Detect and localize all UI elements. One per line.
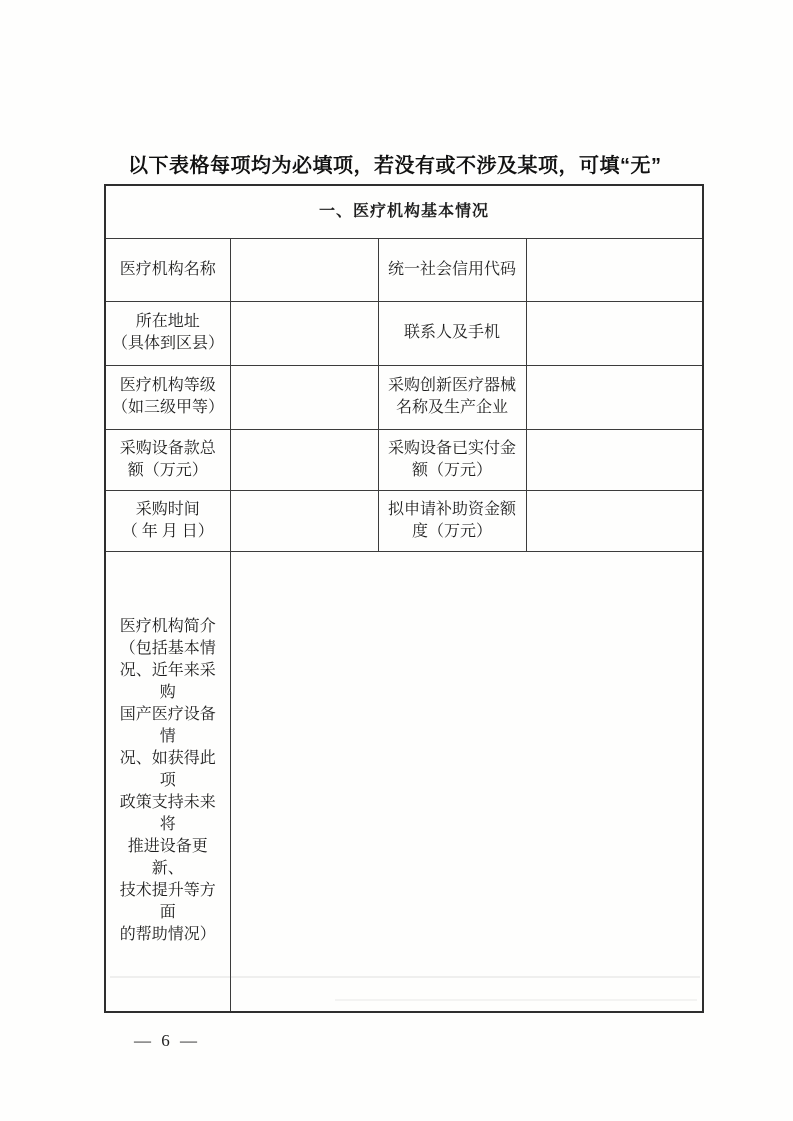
table-row: 采购时间 （ 年 月 日） 拟申请补助资金额 度（万元） <box>105 490 703 551</box>
field-value-institution-name <box>230 238 378 301</box>
scanned-form-page: 以下表格每项均为必填项，若没有或不涉及某项，可填“无” 一、医疗机构基本情况 医… <box>0 0 793 1121</box>
field-label-paid-amount: 采购设备已实付金 额（万元） <box>378 429 526 490</box>
field-value-total-amount <box>230 429 378 490</box>
table-row: 医疗机构名称 统一社会信用代码 <box>105 238 703 301</box>
field-label-total-amount: 采购设备款总 额（万元） <box>105 429 230 490</box>
field-label-subsidy-amount: 拟申请补助资金额 度（万元） <box>378 490 526 551</box>
field-value-institution-intro <box>230 551 703 1012</box>
page-number: — 6 — <box>134 1031 200 1051</box>
section-header-row: 一、医疗机构基本情况 <box>105 185 703 238</box>
field-label-purchase-date: 采购时间 （ 年 月 日） <box>105 490 230 551</box>
table-row: 采购设备款总 额（万元） 采购设备已实付金 额（万元） <box>105 429 703 490</box>
table-row: 所在地址 （具体到区县） 联系人及手机 <box>105 301 703 365</box>
form-instruction: 以下表格每项均为必填项，若没有或不涉及某项，可填“无” <box>128 149 662 178</box>
field-value-subsidy-amount <box>526 490 703 551</box>
field-label-credit-code: 统一社会信用代码 <box>378 238 526 301</box>
table-row: 医疗机构简介 （包括基本情 况、近年来采购 国产医疗设备情 况、如获得此项 政策… <box>105 551 703 1012</box>
field-value-credit-code <box>526 238 703 301</box>
field-value-contact <box>526 301 703 365</box>
table-row: 医疗机构等级 （如三级甲等） 采购创新医疗器械 名称及生产企业 <box>105 365 703 429</box>
section-title: 一、医疗机构基本情况 <box>105 185 703 238</box>
medical-institution-form-table: 一、医疗机构基本情况 医疗机构名称 统一社会信用代码 所在地址 （具体到区县） … <box>104 184 704 1013</box>
field-label-institution-level: 医疗机构等级 （如三级甲等） <box>105 365 230 429</box>
field-label-address: 所在地址 （具体到区县） <box>105 301 230 365</box>
field-label-device-name-manufacturer: 采购创新医疗器械 名称及生产企业 <box>378 365 526 429</box>
field-value-address <box>230 301 378 365</box>
field-value-device-name-manufacturer <box>526 365 703 429</box>
field-label-institution-intro: 医疗机构简介 （包括基本情 况、近年来采购 国产医疗设备情 况、如获得此项 政策… <box>105 551 230 1012</box>
field-label-contact: 联系人及手机 <box>378 301 526 365</box>
field-value-institution-level <box>230 365 378 429</box>
field-value-purchase-date <box>230 490 378 551</box>
field-value-paid-amount <box>526 429 703 490</box>
field-label-institution-name: 医疗机构名称 <box>105 238 230 301</box>
